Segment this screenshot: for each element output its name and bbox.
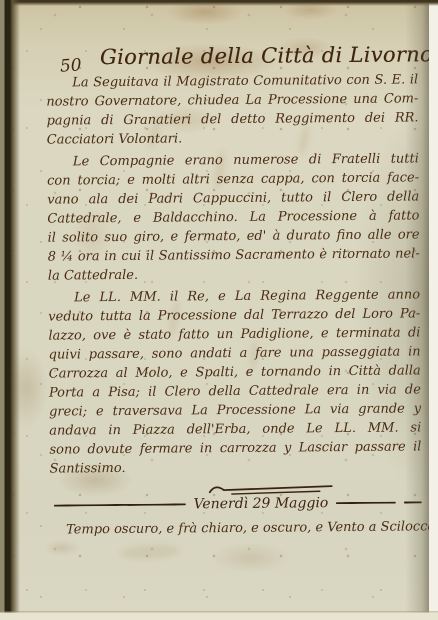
weather-note: Tempo oscuro, e frà chiaro, e oscuro, e … (50, 517, 422, 539)
manuscript-line: pagnia di Granatieri del detto Reggiment… (46, 108, 418, 130)
manuscript-line: Cacciatori Volontari. (47, 127, 419, 149)
page-curl-shadow (405, 0, 429, 620)
book-binding-edge (0, 0, 22, 620)
manuscript-line: Santissimo. (49, 456, 421, 478)
page-title: Giornale della Città di Livorno (100, 42, 418, 69)
entry-date: Venerdì 29 Maggio (191, 495, 330, 512)
page-edge-right (429, 0, 438, 620)
date-rule-right (336, 502, 396, 505)
entry-date-heading: Venerdì 29 Maggio (50, 494, 422, 513)
paragraph: Le Compagnie erano numerose di Fratelli … (47, 149, 420, 285)
manuscript-line: la Cattedrale. (48, 263, 420, 285)
manuscript-line: sono dovute fermare in carrozza y Lascia… (49, 437, 421, 459)
manuscript-page: 50 Giornale della Città di Livorno La Se… (0, 0, 438, 620)
ink-bleed-mark (120, 543, 181, 560)
manuscript-text-block: Giornale della Città di Livorno La Segui… (46, 34, 422, 539)
manuscript-line: 8 ¼ ora in cui il Santissimo Sacramento … (48, 244, 420, 266)
paragraph: La Seguitava il Magistrato Comunitativo … (46, 70, 419, 149)
flourish-mark-icon (208, 479, 422, 494)
page-edge-bottom (0, 611, 438, 620)
page-edge-top (0, 0, 438, 6)
paragraph: Le LL. MM. il Re, e La Regina Reggente a… (48, 285, 422, 478)
date-rule-left (54, 503, 186, 506)
